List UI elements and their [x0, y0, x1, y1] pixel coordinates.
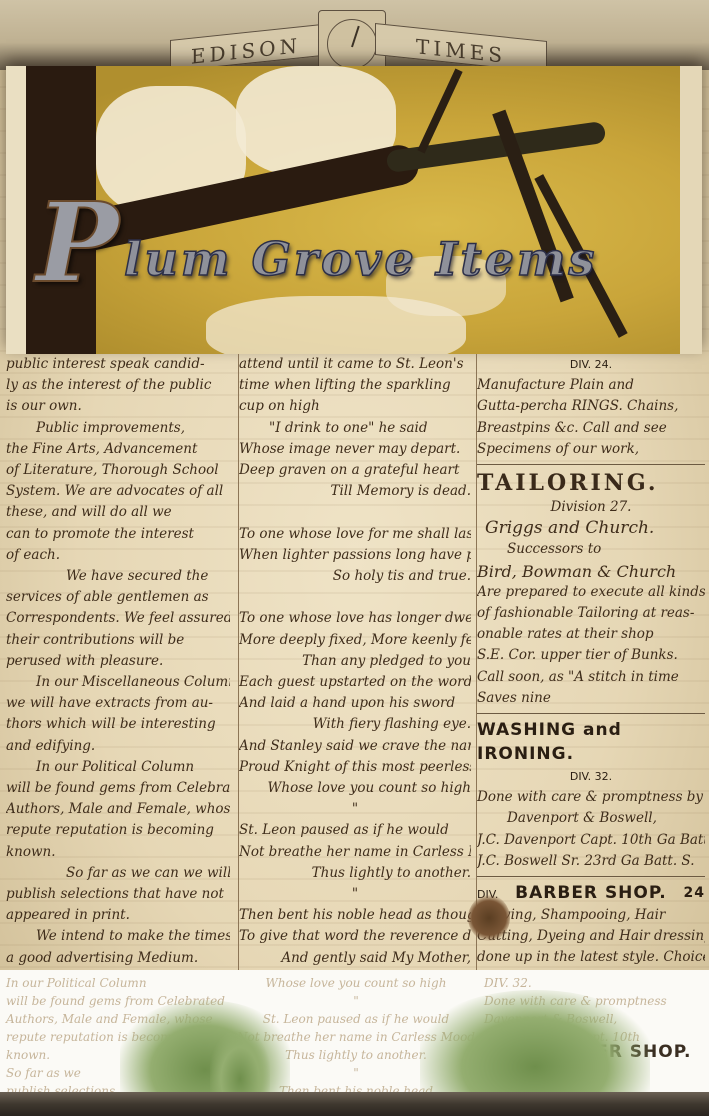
text-line: DIV. 32. — [484, 974, 704, 992]
text-line: Correspondents. We feel assured — [6, 608, 230, 629]
washing-heading: WASHING and IRONING. — [477, 718, 705, 766]
barber-div-number: 24 — [684, 881, 705, 905]
text-line: Thus lightly to another. — [239, 863, 471, 884]
text-line: services of able gentlemen as — [6, 587, 230, 608]
text-line: Than any pledged to you — [239, 651, 471, 672]
tailoring-firm: Griggs and Church. — [477, 518, 705, 539]
divider — [477, 713, 705, 714]
text-line: public interest speak candid- — [6, 354, 230, 375]
text-line: onable rates at their shop — [477, 624, 705, 645]
text-line: and edifying. — [6, 736, 230, 757]
text-line: Whose image never may depart. — [239, 439, 471, 460]
text-line: " — [236, 992, 476, 1010]
barber-heading: BARBER SHOP. — [515, 881, 667, 905]
division-label: DIV. 24. — [477, 354, 705, 375]
text-line: " — [239, 799, 471, 820]
title-text: lum Grove Items — [124, 232, 597, 286]
text-line: " — [239, 884, 471, 905]
text-line: To one whose love for me shall last — [239, 524, 471, 545]
text-line: We have secured the — [6, 566, 230, 587]
text-line: appeared in print. — [6, 905, 230, 926]
header-artwork: P lum Grove Items — [6, 66, 702, 354]
text-line: So far as we can we will — [6, 863, 230, 884]
text-line: Are prepared to execute all kinds — [477, 582, 705, 603]
text-line: To one whose love has longer dwelt — [239, 608, 471, 629]
text-line: With fiery flashing eye. — [239, 714, 471, 735]
text-line: Call soon, as "A stitch in time — [477, 667, 705, 688]
column-advertisements: DIV. 24. Manufacture Plain andGutta-perc… — [476, 354, 705, 972]
text-line: can to promote the interest — [6, 524, 230, 545]
text-line: "I drink to one" he said — [239, 418, 471, 439]
text-line: time when lifting the sparkling — [239, 375, 471, 396]
paper-strip-left — [6, 66, 26, 354]
text-line: System. We are advocates of all — [6, 481, 230, 502]
tailoring-ad-body: Are prepared to execute all kindsof fash… — [477, 582, 705, 709]
text-line: To give that word the reverence due — [239, 926, 471, 947]
text-line: the Fine Arts, Advancement — [6, 439, 230, 460]
text-line: ly as the interest of the public — [6, 375, 230, 396]
text-line: So holy tis and true. — [239, 566, 471, 587]
masthead: EDISON TIMES — [0, 0, 709, 70]
text-line — [239, 502, 471, 523]
text-line: In our Political Column — [6, 757, 230, 778]
masthead-banner-left: EDISON — [170, 24, 322, 72]
text-line: done up in the latest style. Choice — [477, 947, 705, 968]
text-line: When lighter passions long have passed — [239, 545, 471, 566]
text-line: will be found gems from Celebrated — [6, 778, 230, 799]
text-line: their contributions will be — [6, 630, 230, 651]
divider — [477, 464, 705, 465]
text-line: Authors, Male and Female, whose — [6, 799, 230, 820]
ink-stain — [468, 895, 510, 941]
jewelry-ad: Manufacture Plain andGutta-percha RINGS.… — [477, 375, 705, 460]
text-line: Gutta-percha RINGS. Chains, — [477, 396, 705, 417]
text-line: Till Memory is dead. — [239, 481, 471, 502]
text-line: Davenport & Boswell, — [477, 808, 705, 829]
text-line: Whose love you count so high — [236, 974, 476, 992]
text-line: In our Miscellaneous Column — [6, 672, 230, 693]
text-line: we will have extracts from au- — [6, 693, 230, 714]
text-line: is our own. — [6, 396, 230, 417]
tailoring-predecessor: Bird, Bowman & Church — [477, 561, 705, 582]
text-line: attend until it came to St. Leon's — [239, 354, 471, 375]
text-line: Manufacture Plain and — [477, 375, 705, 396]
text-line: Whose love you count so high — [239, 778, 471, 799]
text-line: Each guest upstarted on the word — [239, 672, 471, 693]
text-line: cup on high — [239, 396, 471, 417]
blog-title: P lum Grove Items — [32, 188, 702, 308]
text-line: perused with pleasure. — [6, 651, 230, 672]
washing-division: DIV. 32. — [477, 766, 705, 787]
barber-heading-row: DIV. BARBER SHOP. 24 — [477, 881, 705, 905]
text-line: thors which will be interesting — [6, 714, 230, 735]
text-line: Not breathe her name in Carless Mood — [239, 842, 471, 863]
text-line: known. — [6, 842, 230, 863]
text-line: Breastpins &c. Call and see — [477, 418, 705, 439]
plant-icon — [420, 990, 650, 1100]
tailoring-heading: TAILORING. — [477, 469, 705, 497]
text-line: And gently said My Mother, — [239, 948, 471, 969]
text-line: J.C. Boswell Sr. 23rd Ga Batt. S. — [477, 851, 705, 872]
text-line: Done with care & promptness by — [477, 787, 705, 808]
footer-collage: In our Political Columnwill be found gem… — [0, 970, 709, 1116]
tailoring-successors: Successors to — [477, 539, 705, 560]
text-line: J.C. Davenport Capt. 10th Ga Batt. S. — [477, 830, 705, 851]
text-line: Public improvements, — [6, 418, 230, 439]
text-line: Deep graven on a grateful heart — [239, 460, 471, 481]
text-line: S.E. Cor. upper tier of Bunks. — [477, 645, 705, 666]
text-line: of fashionable Tailoring at reas- — [477, 603, 705, 624]
manuscript-columns: public interest speak candid-ly as the i… — [0, 354, 709, 972]
text-line: Specimens of our work, — [477, 439, 705, 460]
text-line: Proud Knight of this most peerless dame — [239, 757, 471, 778]
text-line: Saves nine — [477, 688, 705, 709]
text-line: And Stanley said we crave the name — [239, 736, 471, 757]
text-line: of Literature, Thorough School — [6, 460, 230, 481]
text-line: repute reputation is becoming — [6, 820, 230, 841]
soil-strip — [0, 1092, 709, 1116]
column-poem: attend until it came to St. Leon'stime w… — [238, 354, 471, 972]
text-line: a good advertising Medium. — [6, 948, 230, 969]
text-line: We intend to make the times — [6, 926, 230, 947]
divider — [477, 876, 705, 877]
text-line: publish selections that have not — [6, 884, 230, 905]
title-initial: P — [36, 188, 119, 298]
text-line: In our Political Column — [6, 974, 226, 992]
barber-ad-body: Shaving, Shampooing, HairCutting, Dyeing… — [477, 905, 705, 972]
text-line: And laid a hand upon his sword — [239, 693, 471, 714]
text-line: of each. — [6, 545, 230, 566]
tailoring-division: Division 27. — [477, 497, 705, 518]
washing-ad-body: Done with care & promptness byDavenport … — [477, 787, 705, 872]
text-line — [239, 587, 471, 608]
text-line: these, and will do all we — [6, 502, 230, 523]
column-editorial: public interest speak candid-ly as the i… — [6, 354, 230, 972]
text-line: St. Leon paused as if he would — [239, 820, 471, 841]
text-line: More deeply fixed, More keenly felt — [239, 630, 471, 651]
text-line: Then bent his noble head as though — [239, 905, 471, 926]
text-line: Cutting, Dyeing and Hair dressing — [477, 926, 705, 947]
text-line: Shaving, Shampooing, Hair — [477, 905, 705, 926]
plant-icon — [210, 1030, 270, 1100]
